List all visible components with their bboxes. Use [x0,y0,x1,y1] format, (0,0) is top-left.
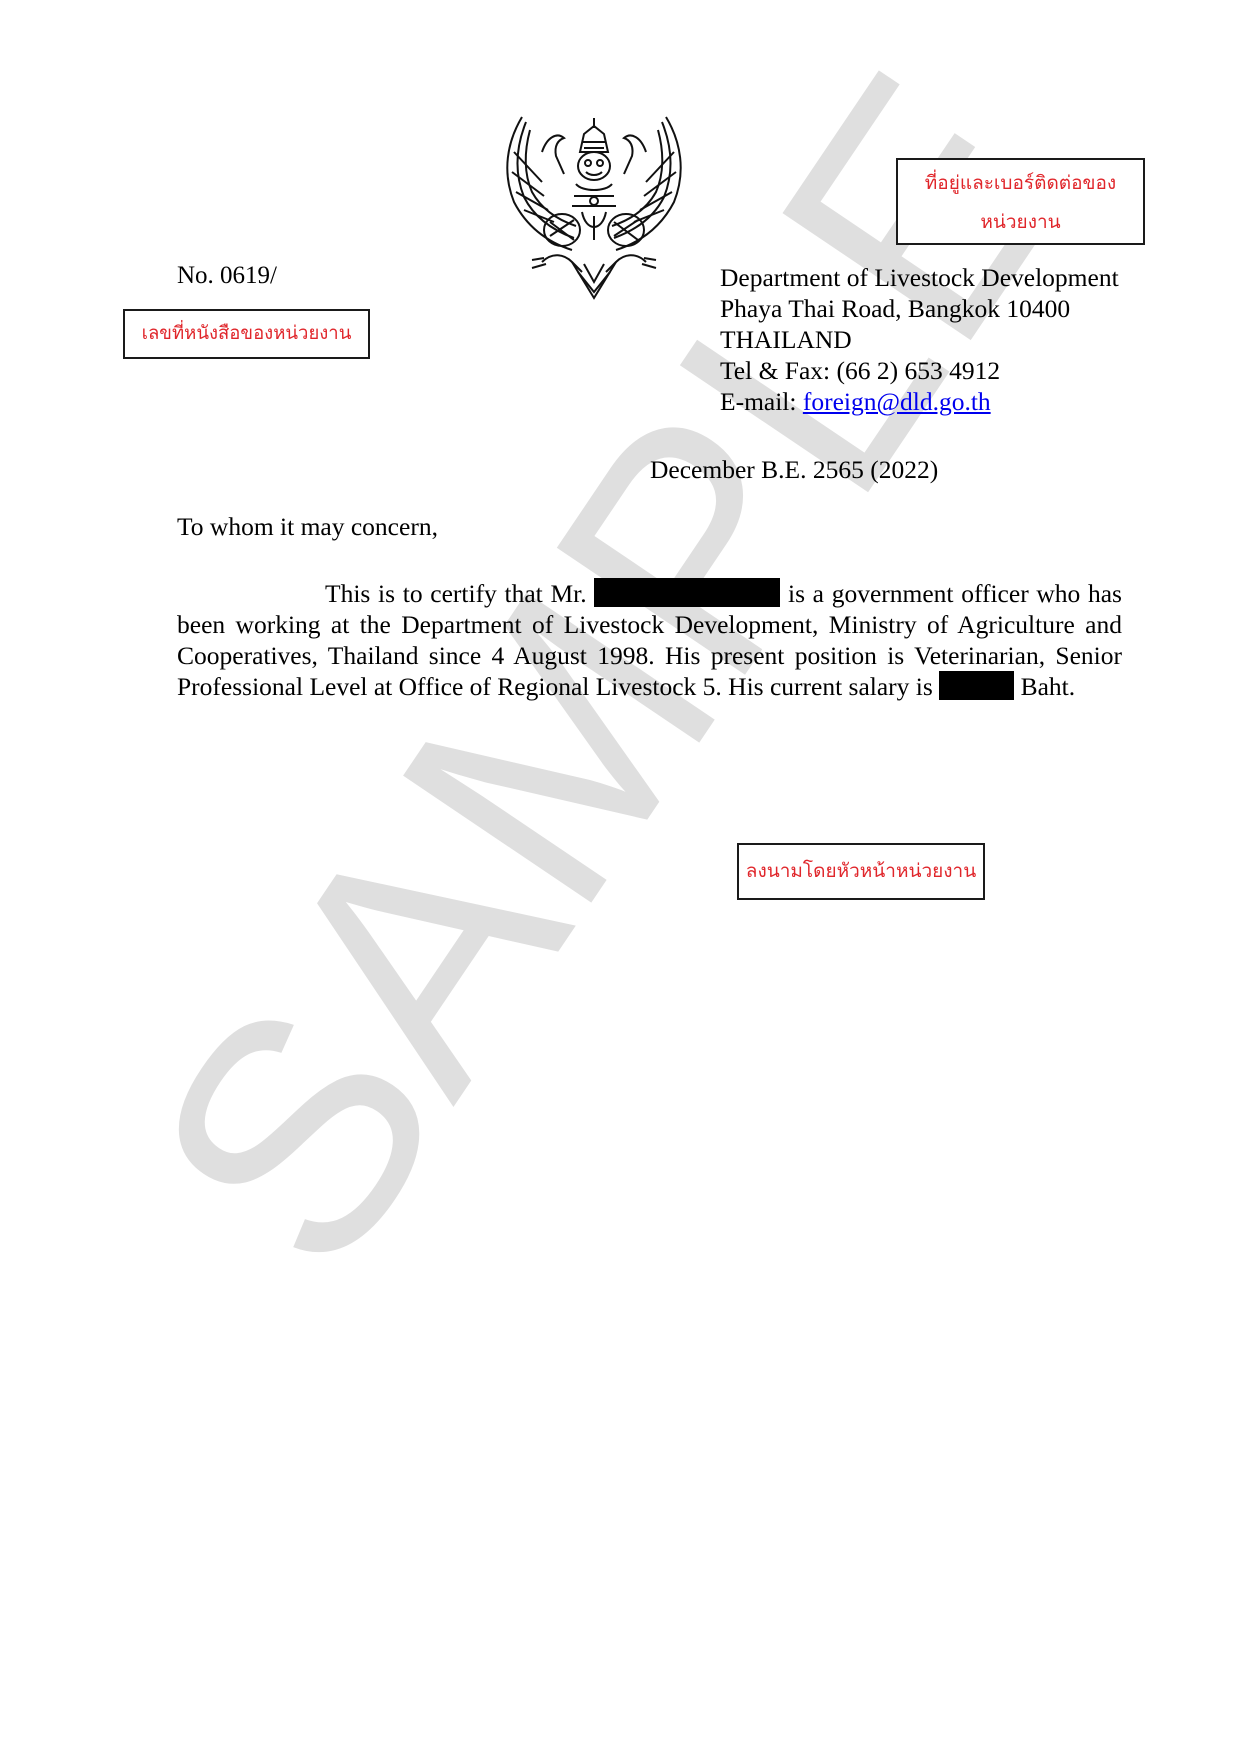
redacted-name [594,578,780,607]
redacted-salary [939,671,1014,700]
address-country: THAILAND [720,324,1119,355]
email-link[interactable]: foreign@dld.go.th [803,387,991,416]
salutation: To whom it may concern, [177,512,438,542]
contact-annotation-line1: ที่อยู่และเบอร์ติดต่อของ [898,164,1143,203]
address-phone: Tel & Fax: (66 2) 653 4912 [720,355,1119,386]
contact-annotation-line2: หน่วยงาน [898,203,1143,242]
document-number: No. 0619/ [177,262,277,290]
letter-page: SAMPLE [0,0,1241,1755]
para-part-3: Baht. [1014,672,1075,701]
email-label: E-mail: [720,387,803,416]
garuda-emblem-icon [502,112,686,302]
address-org: Department of Livestock Development [720,262,1119,293]
doc-number-annotation: เลขที่หนังสือของหน่วยงาน [123,309,370,359]
address-email-line: E-mail: foreign@dld.go.th [720,386,1119,417]
para-part-1: This is to certify that Mr. [325,579,594,608]
letter-date: December B.E. 2565 (2022) [650,455,938,485]
signature-annotation: ลงนามโดยหัวหน้าหน่วยงาน [737,843,985,900]
certification-paragraph: This is to certify that Mr. is a governm… [177,578,1122,702]
contact-info-annotation: ที่อยู่และเบอร์ติดต่อของ หน่วยงาน [896,158,1145,245]
address-street: Phaya Thai Road, Bangkok 10400 [720,293,1119,324]
sender-address: Department of Livestock Development Phay… [720,262,1119,417]
